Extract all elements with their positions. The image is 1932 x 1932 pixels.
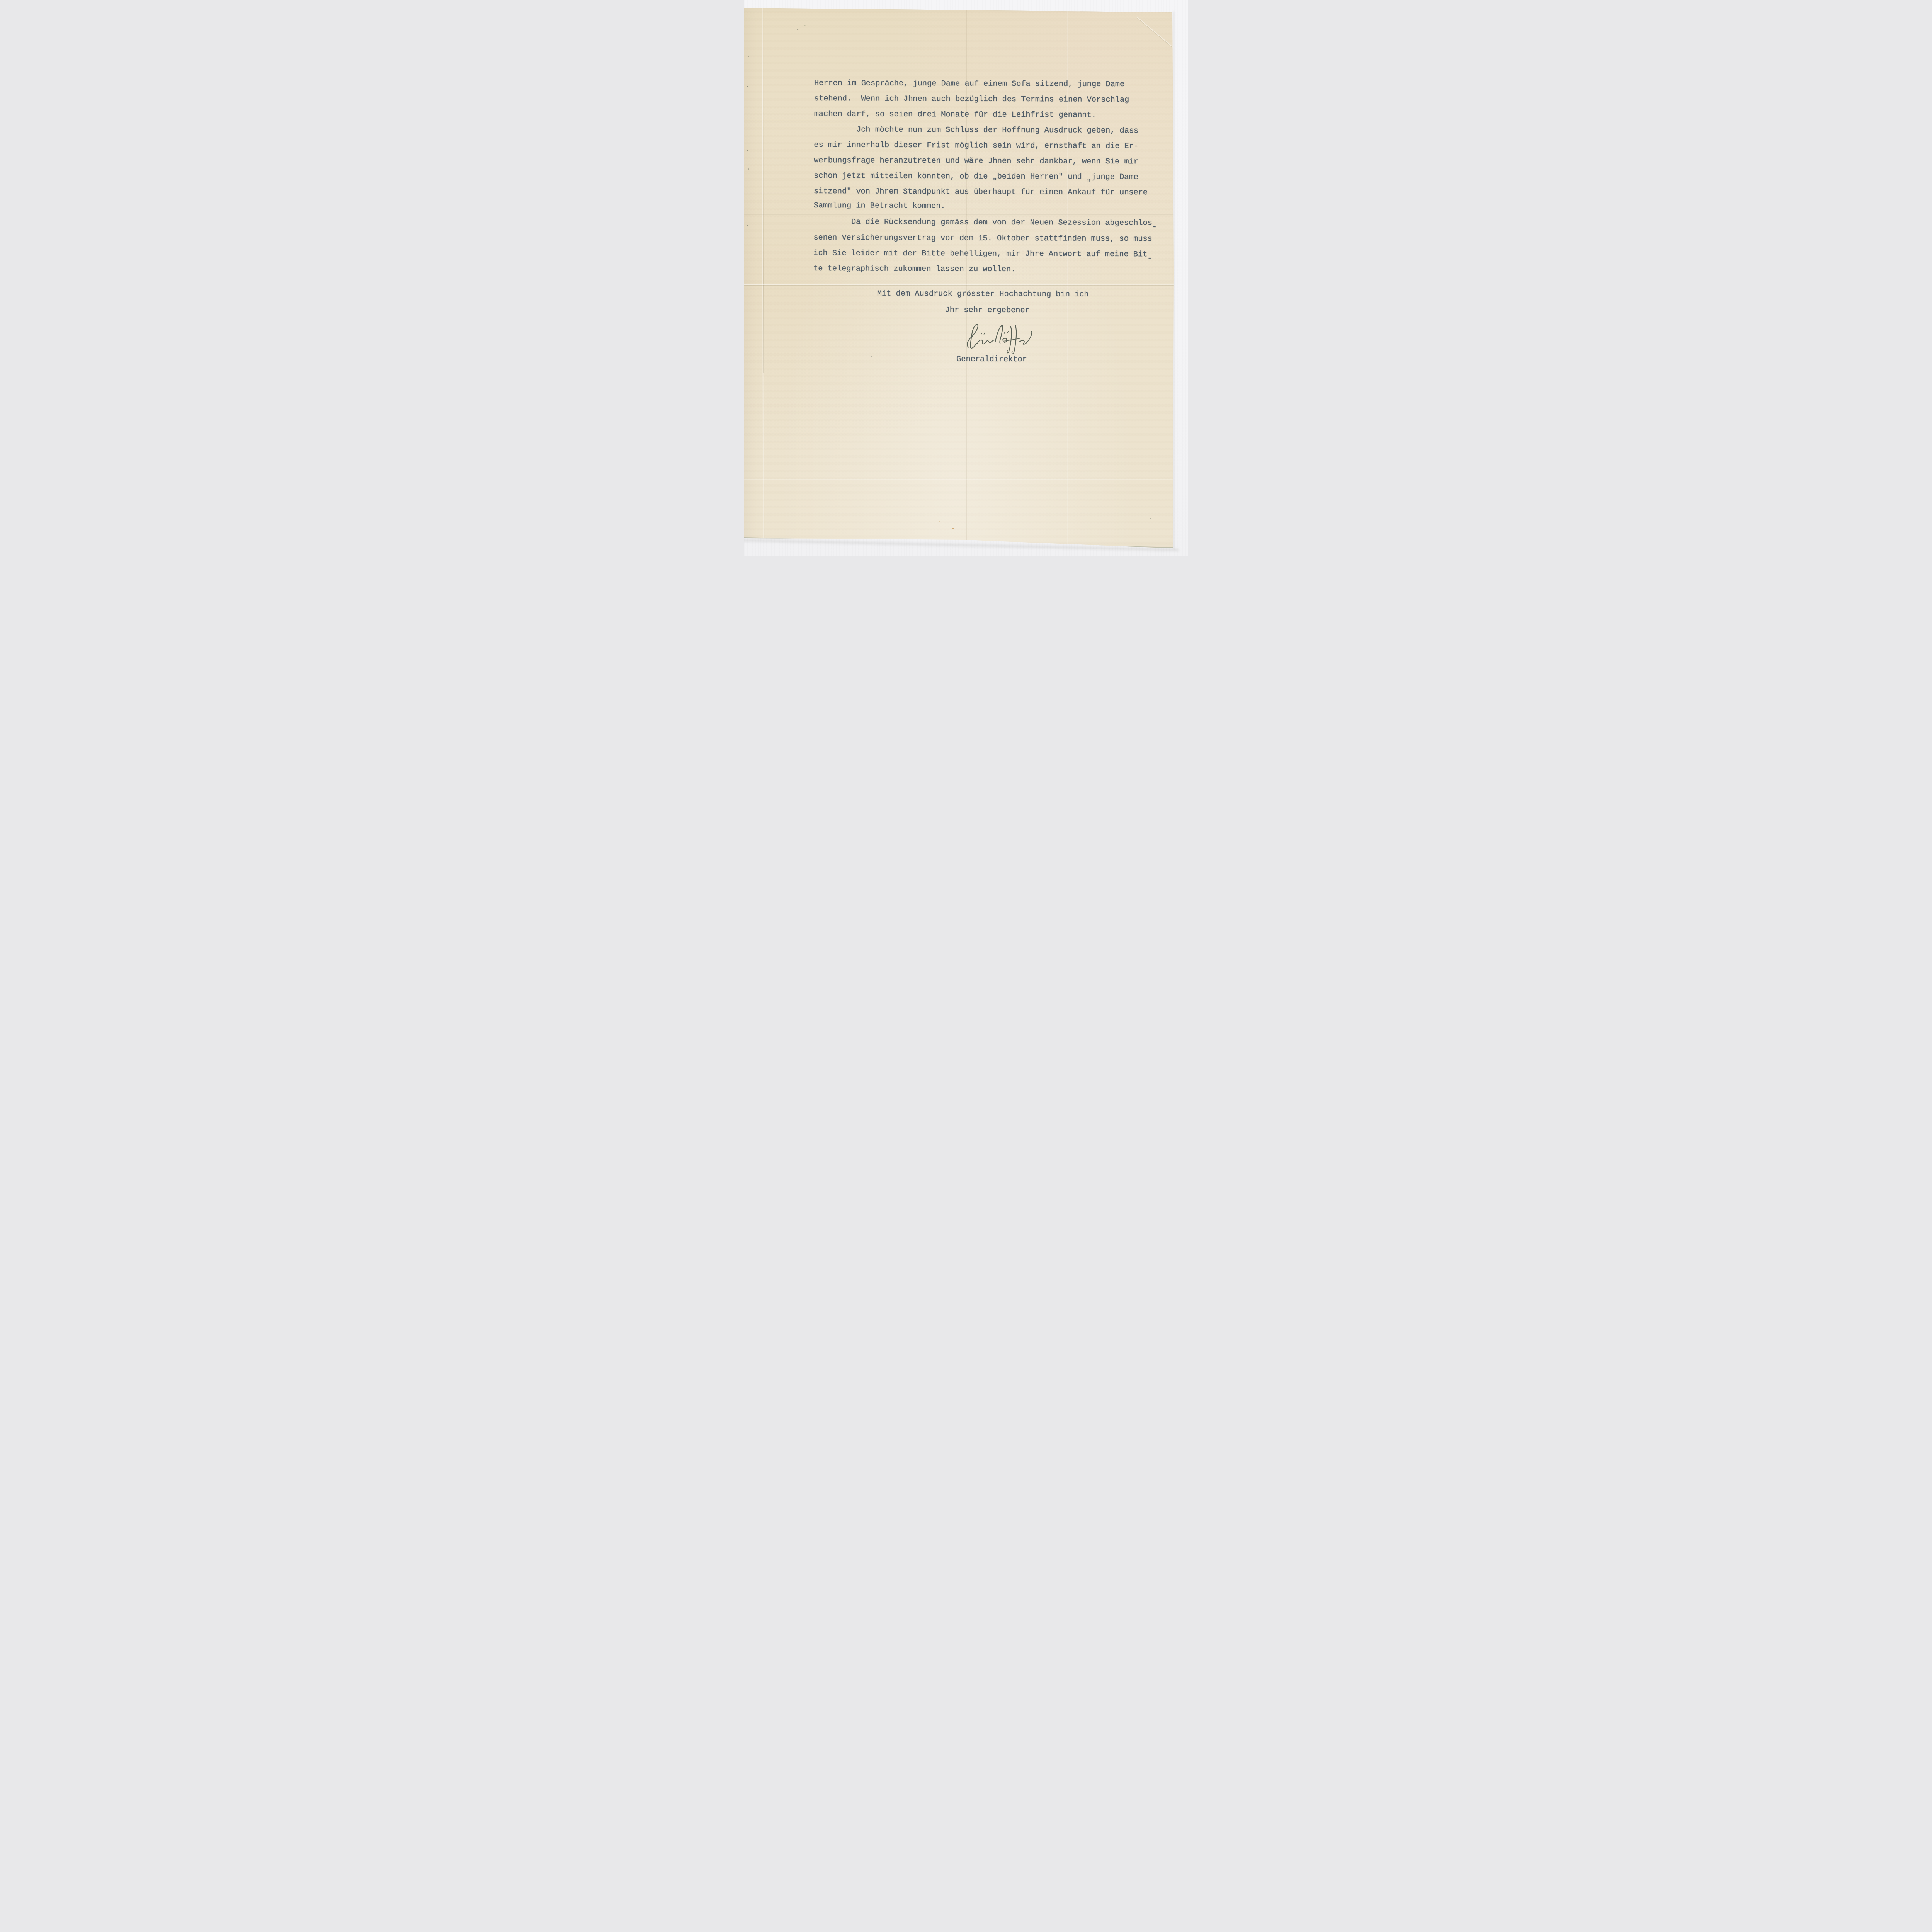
typed-line-text: beiden Herren" und (997, 172, 1087, 182)
typed-line-12: ich Sie leider mit der Bitte behelligen,… (813, 249, 1152, 259)
typed-line-text: sitzend" von Jhrem Standpunkt aus überha… (814, 187, 1148, 197)
typed-line-8: sitzend" von Jhrem Standpunkt aus überha… (814, 187, 1148, 197)
typed-line-text: Herren im Gespräche, junge Dame auf eine… (814, 79, 1124, 89)
closing-valediction-line: Jhr sehr ergebener (945, 306, 1030, 315)
closing-text: Mit dem Ausdruck grösster Hochachtung bi… (877, 289, 1089, 299)
typed-line-5: es mir innerhalb dieser Frist möglich se… (814, 141, 1138, 151)
typed-line-11: senen Versicherungsvertrag vor dem 15. O… (813, 234, 1152, 243)
typewritten-text-block: Herren im Gespräche, junge Dame auf eine… (744, 0, 1188, 556)
typed-line-text: es mir innerhalb dieser Frist möglich se… (814, 141, 1138, 151)
letter-paper: Herren im Gespräche, junge Dame auf eine… (744, 0, 1188, 556)
dropped-hyphen: - (1152, 223, 1157, 231)
typed-line-9: Sammlung in Betracht kommen. (814, 202, 946, 211)
closing-text: Jhr sehr ergebener (945, 306, 1030, 315)
typed-line-13: te telegraphisch zukommen lassen zu woll… (813, 265, 1015, 274)
dropped-quote-mark: " (992, 177, 997, 186)
closing-salutation-line: Mit dem Ausdruck grösster Hochachtung bi… (877, 290, 1089, 299)
typed-line-6: werbungsfrage heranzutreten und wäre Jhn… (814, 156, 1138, 166)
typed-line-1: Herren im Gespräche, junge Dame auf eine… (814, 79, 1124, 89)
typed-line-text: ich Sie leider mit der Bitte behelligen,… (813, 249, 1147, 259)
scanned-letter-page: Herren im Gespräche, junge Dame auf eine… (744, 0, 1188, 556)
typed-line-2: stehend. Wenn ich Jhnen auch bezüglich d… (814, 95, 1129, 104)
typed-line-text: Jch möchte nun zum Schluss der Hoffnung … (814, 125, 1138, 135)
signature-handwriting (965, 322, 1038, 355)
typed-line-text: machen darf, so seien drei Monate für di… (814, 110, 1096, 120)
typed-line-text: Da die Rücksendung gemäss dem von der Ne… (814, 218, 1152, 228)
typed-line-4: Jch möchte nun zum Schluss der Hoffnung … (814, 126, 1138, 135)
signer-title-line: Generaldirektor (956, 355, 1027, 364)
typed-line-text: stehend. Wenn ich Jhnen auch bezüglich d… (814, 94, 1129, 104)
dropped-hyphen: - (1147, 254, 1152, 263)
typed-line-text: schon jetzt mitteilen könnten, ob die (814, 172, 993, 181)
typed-line-text: te telegraphisch zukommen lassen zu woll… (813, 264, 1015, 274)
typed-line-text: werbungsfrage heranzutreten und wäre Jhn… (814, 156, 1138, 166)
dropped-quote-mark: " (1087, 179, 1091, 188)
signer-title-text: Generaldirektor (956, 355, 1027, 364)
typed-line-10: Da die Rücksendung gemäss dem von der Ne… (814, 218, 1157, 228)
typed-line-text: Sammlung in Betracht kommen. (814, 201, 946, 211)
typed-line-7: schon jetzt mitteilen könnten, ob die "b… (814, 172, 1138, 182)
signature-doernhoeffer-svg (965, 322, 1038, 355)
typed-line-text: junge Dame (1091, 173, 1138, 182)
typed-line-text: senen Versicherungsvertrag vor dem 15. O… (813, 233, 1152, 243)
typed-line-3: machen darf, so seien drei Monate für di… (814, 110, 1096, 120)
